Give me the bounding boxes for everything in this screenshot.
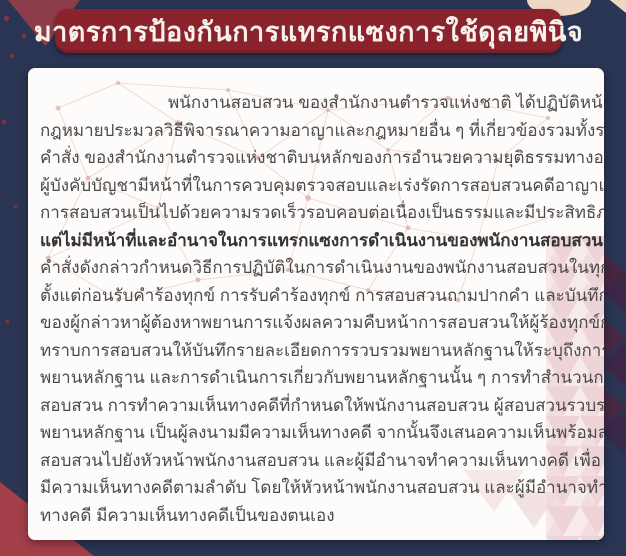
text-line: การสอบสวนเป็นไปด้วยความรวดเร็วรอบคอบต่อเ… [40,199,592,227]
confetti-dot [21,33,26,38]
text-line: ของผู้กล่าวหาผู้ต้องหาพยานการแจ้งผลความค… [40,309,592,337]
text-line: กฎหมายประมวลวิธีพิจารณาความอาญาและกฎหมาย… [40,117,592,145]
text-line: มีความเห็นทางคดีตามลำดับ โดยให้หัวหน้าพน… [40,474,592,502]
confetti-dot [9,53,14,58]
beige-corner-decoration [608,0,626,13]
text-line: ทราบการสอบสวนให้บันทึกรายละเอียดการรวบรว… [40,337,592,365]
confetti-dot [3,15,10,22]
text-line: ตั้งแต่ก่อนรับคำร้องทุกข์ การรับคำร้องทุ… [40,282,592,310]
body-text: พนักงานสอบสวน ของสำนักงานตำรวจแห่งชาติ ไ… [40,89,592,529]
text-line: ทางคดี มีความเห็นทางคดีเป็นของตนเอง [40,502,592,530]
content-panel: พนักงานสอบสวน ของสำนักงานตำรวจแห่งชาติ ไ… [28,68,604,540]
text-line: คำสั่ง ของสำนักงานตำรวจแห่งชาติบนหลักของ… [40,144,592,172]
text-line: พยานหลักฐาน เป็นผู้ลงนามมีความเห็นทางคดี… [40,419,592,447]
text-line: ผู้บังคับบัญชามีหน้าที่ในการควบคุมตรวจสอ… [40,172,592,200]
text-line: สอบสวน การทำความเห็นทางคดีที่กำหนดให้พนั… [40,392,592,420]
text-line: คำสั่งดังกล่าวกำหนดวิธีการปฏิบัติในการดำ… [40,254,592,282]
confetti-dot [13,204,17,208]
confetti-dot [1,119,6,124]
text-line: สอบสวนไปยังหัวหน้าพนักงานสอบสวน และผู้มี… [40,447,592,475]
text-line: พยานหลักฐาน และการดำเนินการเกี่ยวกับพยาน… [40,364,592,392]
page-title: มาตรการป้องกันการแทรกแซงการใช้ดุลยพินิจ [34,10,583,53]
slide: มาตรการป้องกันการแทรกแซงการใช้ดุลยพินิจ [0,0,626,556]
dark-triangles-decoration [601,246,626,461]
text-line-emphasis: แต่ไม่มีหน้าที่และอำนาจในการแทรกแซงการดำ… [40,227,592,255]
text-line: พนักงานสอบสวน ของสำนักงานตำรวจแห่งชาติ ไ… [40,89,592,117]
confetti-dot [6,320,9,323]
title-banner: มาตรการป้องกันการแทรกแซงการใช้ดุลยพินิจ [55,9,562,53]
